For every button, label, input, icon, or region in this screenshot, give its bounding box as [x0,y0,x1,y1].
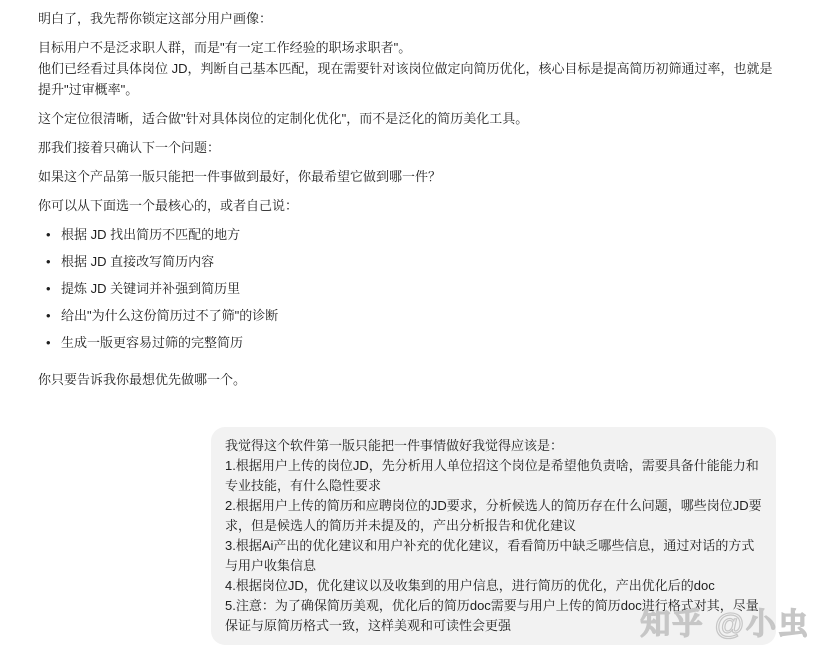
assistant-message: 明白了，我先帮你锁定这部分用户画像： 目标用户不是泛求职人群，而是"有一定工作经… [0,0,814,645]
assistant-next-step: 那我们接着只确认下一个问题： [38,137,776,158]
assistant-positioning: 这个定位很清晰，适合做"针对具体岗位的定制化优化"，而不是泛化的简历美化工具。 [38,108,776,129]
option-item-1: 根据 JD 找出简历不匹配的地方 [46,224,776,245]
option-item-3: 提炼 JD 关键词并补强到简历里 [46,278,776,299]
assistant-options-lead: 你可以从下面选一个最核心的，或者自己说： [38,195,776,216]
user-message-row: 我觉得这个软件第一版只能把一件事情做好我觉得应该是： 1.根据用户上传的岗位JD… [38,427,776,645]
user-message-line-2: 1.根据用户上传的岗位JD，先分析用人单位招这个岗位是希望他负责啥，需要具备什能… [225,456,762,496]
persona-line-2: 他们已经看过具体岗位 JD，判断自己基本匹配，现在需要针对该岗位做定向简历优化，… [38,61,773,97]
user-message-line-6: 5.注意：为了确保简历美观，优化后的简历doc需要与用户上传的简历doc进行格式… [225,596,762,636]
assistant-closing: 你只要告诉我你最想优先做哪一个。 [38,369,776,390]
user-message-line-1: 我觉得这个软件第一版只能把一件事情做好我觉得应该是： [225,436,762,456]
user-message-bubble: 我觉得这个软件第一版只能把一件事情做好我觉得应该是： 1.根据用户上传的岗位JD… [211,427,776,645]
user-message-line-4: 3.根据Ai产出的优化建议和用户补充的优化建议，看看简历中缺乏哪些信息，通过对话… [225,536,762,576]
chat-transcript: 明白了，我先帮你锁定这部分用户画像： 目标用户不是泛求职人群，而是"有一定工作经… [0,0,814,648]
user-message-line-5: 4.根据岗位JD，优化建议以及收集到的用户信息，进行简历的优化，产出优化后的do… [225,576,762,596]
option-item-2: 根据 JD 直接改写简历内容 [46,251,776,272]
options-list: 根据 JD 找出简历不匹配的地方 根据 JD 直接改写简历内容 提炼 JD 关键… [38,224,776,353]
option-item-4: 给出"为什么这份简历过不了筛"的诊断 [46,305,776,326]
assistant-persona-paragraph: 目标用户不是泛求职人群，而是"有一定工作经验的职场求职者"。 他们已经看过具体岗… [38,37,776,100]
user-message-line-3: 2.根据用户上传的简历和应聘岗位的JD要求，分析候选人的简历存在什么问题，哪些岗… [225,496,762,536]
persona-line-1: 目标用户不是泛求职人群，而是"有一定工作经验的职场求职者"。 [38,40,411,55]
assistant-question: 如果这个产品第一版只能把一件事做到最好，你最希望它做到哪一件？ [38,166,776,187]
option-item-5: 生成一版更容易过筛的完整简历 [46,332,776,353]
assistant-intro: 明白了，我先帮你锁定这部分用户画像： [38,8,776,29]
